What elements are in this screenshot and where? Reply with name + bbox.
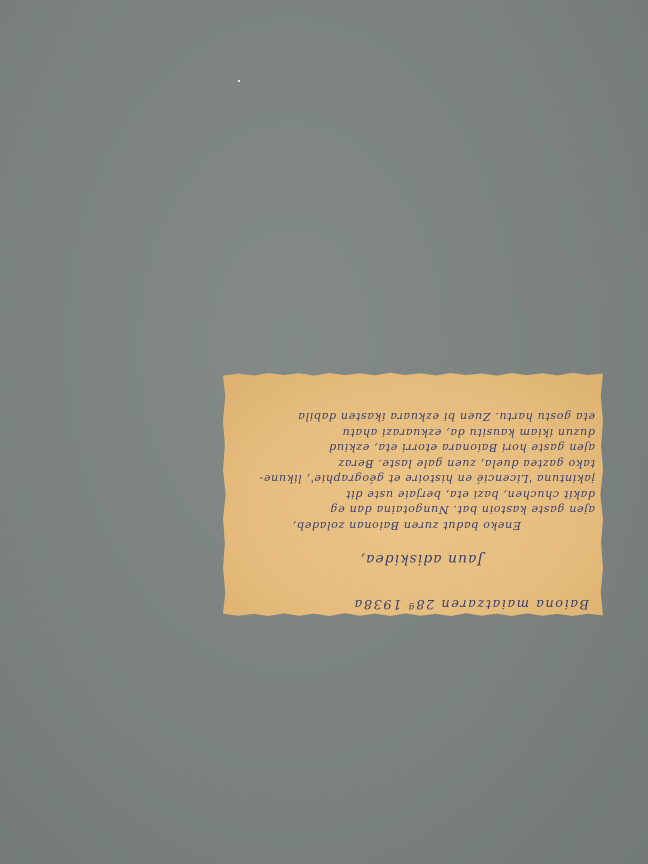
- body-line: tako gaztea duela, zuen gale laste. Bera…: [227, 456, 595, 472]
- salutation: Jaun adiskidea,: [360, 551, 483, 567]
- handwritten-card: Baiona maiatzaren 28ª 1938a Jaun adiskid…: [223, 372, 603, 617]
- body-line: ajen gaste hori Baionara etorri eta, ezk…: [227, 440, 595, 456]
- body-line: eta gostu hartu. Zuen bi ezkuara ikasten…: [227, 409, 595, 425]
- body-line: duzun ikiam kausitu da, ezkuarazi ahatu: [227, 425, 595, 441]
- body-line: jakintuna 'Licencié en histoire et géogr…: [227, 471, 595, 487]
- body-line: dakit chuchen, bazi eta, berjaie uste di…: [227, 487, 595, 503]
- letter-body: Eneko badut zuren Baionan zoladeb, ajen …: [227, 409, 595, 533]
- card-content-rotated: Baiona maiatzaren 28ª 1938a Jaun adiskid…: [223, 372, 603, 617]
- date-line: Baiona maiatzaren 28ª 1938a: [353, 596, 589, 611]
- body-line: Eneko badut zuren Baionan zoladeb,: [227, 518, 595, 534]
- dust-speck: [238, 80, 240, 82]
- body-line: ajen gaste kastoin bat. Nungotaina dan e…: [227, 502, 595, 518]
